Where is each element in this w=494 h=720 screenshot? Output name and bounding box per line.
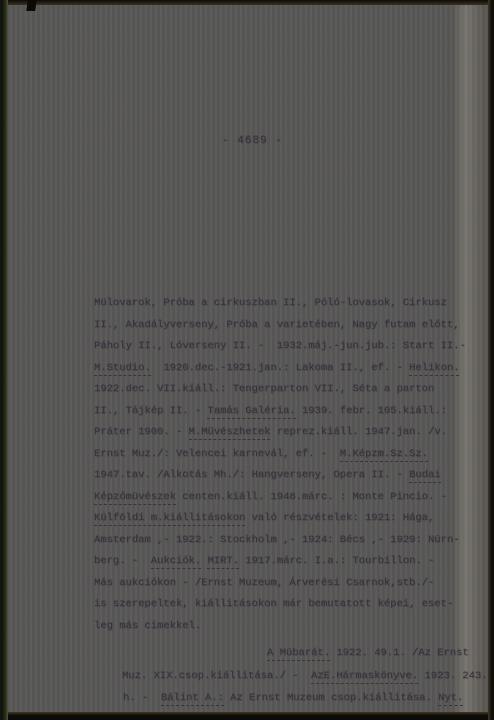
text-segment: Ernst Muz./: Velencei karnevál, ef. - bbox=[94, 448, 340, 460]
scanned-page: - 4689 - Mülovarok, Próba a cirkuszban I… bbox=[0, 0, 494, 720]
text-line: Amsterdam ,- 1922.: Stockholm ,- 1924: B… bbox=[94, 530, 466, 552]
text-segment: 1920.dec.-1921.jan.: Lakoma II., ef. - bbox=[151, 362, 409, 374]
underlined-text-segment: AzE.Hármaskönyve. bbox=[311, 670, 418, 684]
underlined-text-segment: MIRT. bbox=[207, 555, 239, 569]
text-segment: Páholy II., Lóverseny II. - 1932.máj.-ju… bbox=[94, 340, 466, 352]
text-segment: Más aukciókon - /Ernst Muzeum, Árverési … bbox=[94, 577, 434, 589]
text-segment: Muz. XIX.csop.kiállitása./ - bbox=[122, 670, 311, 682]
text-line: Páholy II., Lóverseny II. - 1932.máj.-ju… bbox=[94, 336, 466, 358]
underlined-text-segment: Képzőmüvészek bbox=[94, 491, 176, 505]
text-line: Mülovarok, Próba a cirkuszban II., Póló-… bbox=[94, 293, 466, 315]
paper-scratch bbox=[108, 98, 129, 136]
text-segment: Amsterdam ,- 1922.: Stockholm ,- 1924: B… bbox=[94, 534, 459, 546]
text-segment: 1947.tav. /Alkotás Mh./: Hangverseny, Op… bbox=[94, 469, 409, 481]
text-line: is szerepeltek, kiállitásokon már bemuta… bbox=[94, 594, 466, 616]
text-line: M.Studio. 1920.dec.-1921.jan.: Lakoma II… bbox=[94, 358, 466, 380]
body-text-block: Mülovarok, Próba a cirkuszban II., Póló-… bbox=[94, 293, 466, 637]
text-line: A Mübarát. 1922. 49.1. /Az Ernst bbox=[267, 642, 487, 665]
text-line: Képzőmüvészek centen.kiáll. 1948.márc. :… bbox=[94, 487, 466, 509]
text-segment: Mülovarok, Próba a cirkuszban II., Póló-… bbox=[94, 297, 447, 309]
underlined-text-segment: Nyt. bbox=[438, 692, 463, 706]
text-line: 1922.dec. VII.kiáll.: Tengerparton VII.,… bbox=[94, 379, 466, 401]
paper-scratch bbox=[320, 163, 346, 169]
underlined-text-segment: Helikon. bbox=[409, 362, 459, 376]
underlined-text-segment: Bálint A.: bbox=[161, 692, 224, 706]
underlined-text-segment: Budai bbox=[409, 469, 441, 483]
page-number: - 4689 - bbox=[222, 135, 283, 147]
underlined-text-segment: M.Képzm.Sz.Sz. bbox=[340, 448, 428, 462]
text-segment: 1923. 243. bbox=[418, 670, 487, 682]
text-segment: centen.kiáll. 1948.márc. : Monte Pincio.… bbox=[176, 491, 447, 503]
text-segment: Az Ernst Muzeum csop.kiállitása. bbox=[224, 692, 438, 704]
text-segment: reprez.kiáll. 1947.jan. /v. bbox=[270, 426, 446, 438]
text-segment: 1922. 49.1. /Az Ernst bbox=[330, 647, 469, 659]
citation-block: A Mübarát. 1922. 49.1. /Az ErnstMuz. XIX… bbox=[94, 642, 487, 710]
scan-edge-bottom bbox=[0, 712, 494, 720]
text-line: Más aukciókon - /Ernst Muzeum, Árverési … bbox=[94, 573, 466, 595]
text-segment: II., Akadályverseny, Próba a varietében,… bbox=[94, 319, 459, 331]
text-segment: is szerepeltek, kiállitásokon már bemuta… bbox=[94, 598, 453, 610]
text-segment: h. - bbox=[123, 692, 161, 704]
underlined-text-segment: Aukciók. bbox=[151, 555, 201, 569]
text-line: Ernst Muz./: Velencei karnevál, ef. - M.… bbox=[94, 444, 466, 466]
text-line: Práter 1900. - M.Müvészhetek reprez.kiál… bbox=[94, 422, 466, 444]
text-line: Külföldi m.kiállitásokon való részvétele… bbox=[94, 508, 466, 530]
text-segment: 1922.dec. VII.kiáll.: Tengerparton VII.,… bbox=[94, 383, 434, 395]
scan-edge-left bbox=[0, 0, 8, 720]
text-segment: Práter 1900. - bbox=[94, 426, 189, 438]
scan-edge-top bbox=[0, 0, 494, 5]
text-segment: 1917.márc. I.a.: Tourbillon. - bbox=[239, 555, 434, 567]
text-segment: leg más cimekkel. bbox=[94, 620, 201, 632]
scan-edge-notch bbox=[26, 0, 37, 11]
underlined-text-segment: Tamás Galéria. bbox=[207, 405, 295, 419]
text-line: h. - Bálint A.: Az Ernst Muzeum csop.kiá… bbox=[123, 687, 487, 710]
underlined-text-segment: M.Studio. bbox=[94, 362, 151, 376]
underlined-text-segment: M.Müvészhetek bbox=[189, 426, 271, 440]
text-line: 1947.tav. /Alkotás Mh./: Hangverseny, Op… bbox=[94, 465, 466, 487]
text-line: II., Tájkép II. - Tamás Galéria. 1939. f… bbox=[94, 401, 466, 423]
text-line: Muz. XIX.csop.kiállitása./ - AzE.Hármask… bbox=[122, 665, 487, 688]
scan-edge-right bbox=[488, 0, 494, 720]
text-line: berg. - Aukciók. MIRT. 1917.márc. I.a.: … bbox=[94, 551, 466, 573]
text-line: II., Akadályverseny, Próba a varietében,… bbox=[94, 315, 466, 337]
paper-scratch bbox=[140, 105, 153, 133]
underlined-text-segment: A Mübarát. bbox=[267, 647, 330, 661]
text-segment: II., Tájkép II. - bbox=[94, 405, 207, 417]
text-segment: való részvételek: 1921: Hága, bbox=[245, 512, 434, 524]
text-line: leg más cimekkel. bbox=[94, 616, 466, 638]
text-segment: berg. - bbox=[94, 555, 151, 567]
underlined-text-segment: Külföldi m.kiállitásokon bbox=[94, 512, 245, 526]
text-segment: 1939. febr. 105.kiáll.: bbox=[296, 405, 447, 417]
